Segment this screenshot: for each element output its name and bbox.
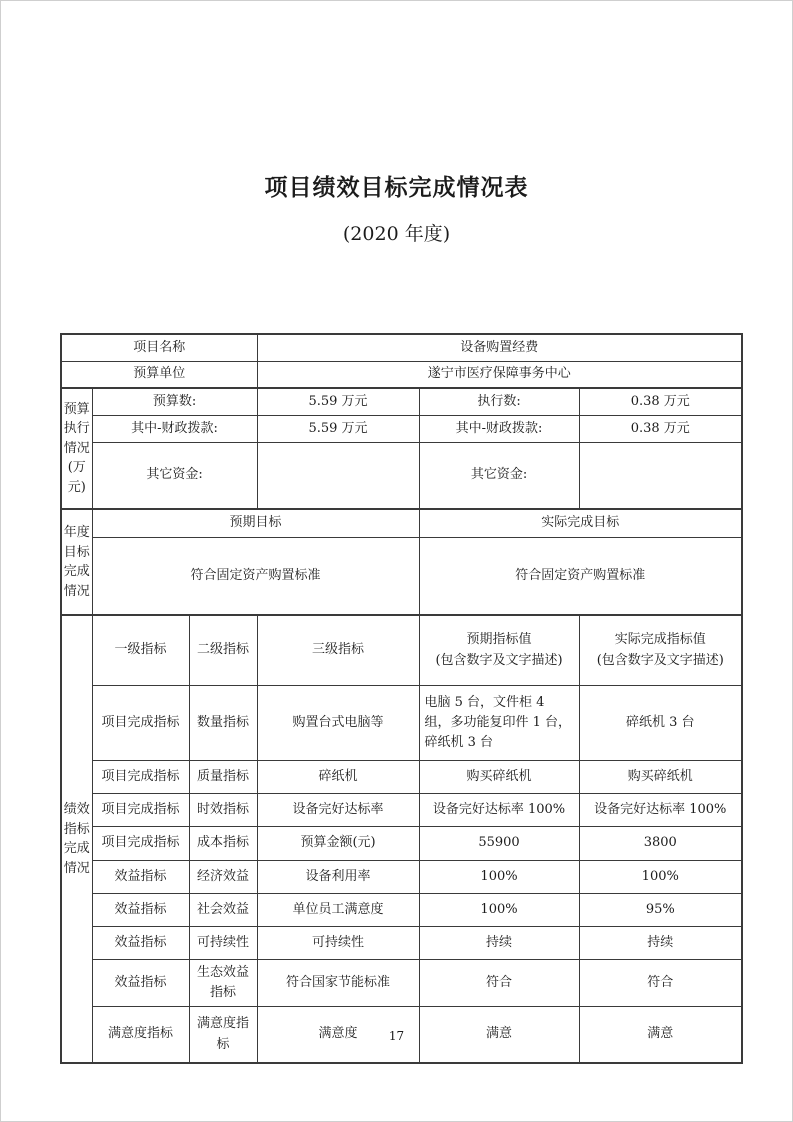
project-name-label: 项目名称 — [61, 334, 257, 362]
indicator-cell: 生态效益指标 — [189, 960, 257, 1007]
indicator-cell: 质量指标 — [189, 761, 257, 794]
indicator-header-level1: 一级指标 — [92, 615, 189, 686]
executed-amount-value: 0.38 万元 — [579, 388, 742, 416]
indicator-cell: 购置台式电脑等 — [257, 686, 419, 761]
table-row: 项目完成指标 成本指标 预算金额(元) 55900 3800 — [61, 827, 742, 861]
table-row: 项目完成指标 时效指标 设备完好达标率 设备完好达标率 100% 设备完好达标率… — [61, 794, 742, 827]
document-subtitle: (2020 年度) — [1, 219, 792, 246]
indicator-cell: 100% — [419, 894, 579, 927]
budget-unit-value: 遂宁市医疗保障事务中心 — [257, 362, 742, 389]
other-funds-value — [257, 443, 419, 510]
table-row: 预算 执行 情况 (万 元) 预算数: 5.59 万元 执行数: 0.38 万元 — [61, 388, 742, 416]
table-row: 效益指标 可持续性 可持续性 持续 持续 — [61, 927, 742, 960]
actual-target-header: 实际完成目标 — [419, 509, 742, 538]
indicator-section-side-label: 绩效 指标 完成 情况 — [61, 615, 92, 1063]
other-funds-label: 其它资金: — [92, 443, 257, 510]
table-row: 效益指标 社会效益 单位员工满意度 100% 95% — [61, 894, 742, 927]
other-funds-exec-value — [579, 443, 742, 510]
table-row: 预算单位 遂宁市医疗保障事务中心 — [61, 362, 742, 389]
budget-amount-value: 5.59 万元 — [257, 388, 419, 416]
indicator-cell: 效益指标 — [92, 861, 189, 894]
indicator-cell: 55900 — [419, 827, 579, 861]
indicator-cell: 持续 — [419, 927, 579, 960]
indicator-cell: 效益指标 — [92, 894, 189, 927]
indicator-cell: 项目完成指标 — [92, 686, 189, 761]
indicator-cell: 项目完成指标 — [92, 761, 189, 794]
budget-unit-label: 预算单位 — [61, 362, 257, 389]
executed-amount-label: 执行数: — [419, 388, 579, 416]
indicator-cell: 社会效益 — [189, 894, 257, 927]
table-row: 项目名称 设备购置经费 — [61, 334, 742, 362]
document-page: 项目绩效目标完成情况表 (2020 年度) 项目名称 设备购置经费 预算单位 遂… — [0, 0, 793, 1122]
table-row: 效益指标 生态效益指标 符合国家节能标准 符合 符合 — [61, 960, 742, 1007]
indicator-cell: 效益指标 — [92, 960, 189, 1007]
table-row: 绩效 指标 完成 情况 一级指标 二级指标 三级指标 预期指标值 (包含数字及文… — [61, 615, 742, 686]
table-row: 年度 目标 完成 情况 预期目标 实际完成目标 — [61, 509, 742, 538]
indicator-cell: 100% — [579, 861, 742, 894]
indicator-cell: 设备完好达标率 100% — [419, 794, 579, 827]
table-row: 项目完成指标 数量指标 购置台式电脑等 电脑 5 台，文件柜 4 组，多功能复印… — [61, 686, 742, 761]
indicator-cell: 设备完好达标率 100% — [579, 794, 742, 827]
indicator-cell: 碎纸机 — [257, 761, 419, 794]
indicator-cell: 符合国家节能标准 — [257, 960, 419, 1007]
table-row: 效益指标 经济效益 设备利用率 100% 100% — [61, 861, 742, 894]
indicator-cell: 单位员工满意度 — [257, 894, 419, 927]
expected-target-value: 符合固定资产购置标准 — [92, 538, 419, 616]
table-row: 项目完成指标 质量指标 碎纸机 购买碎纸机 购买碎纸机 — [61, 761, 742, 794]
indicator-cell: 项目完成指标 — [92, 827, 189, 861]
indicator-cell: 可持续性 — [189, 927, 257, 960]
indicator-cell: 购买碎纸机 — [579, 761, 742, 794]
document-title: 项目绩效目标完成情况表 — [1, 169, 792, 202]
indicator-cell: 购买碎纸机 — [419, 761, 579, 794]
table-row: 符合固定资产购置标准 符合固定资产购置标准 — [61, 538, 742, 616]
page-number: 17 — [1, 1029, 792, 1043]
performance-table: 项目名称 设备购置经费 预算单位 遂宁市医疗保障事务中心 预算 执行 情况 (万… — [60, 333, 743, 1064]
annual-section-side-label: 年度 目标 完成 情况 — [61, 509, 92, 615]
budget-section-side-label: 预算 执行 情况 (万 元) — [61, 388, 92, 509]
budget-amount-label: 预算数: — [92, 388, 257, 416]
indicator-cell: 设备利用率 — [257, 861, 419, 894]
indicator-header-level2: 二级指标 — [189, 615, 257, 686]
fiscal-allocation-label: 其中-财政拨款: — [92, 416, 257, 443]
indicator-cell: 符合 — [579, 960, 742, 1007]
indicator-cell: 成本指标 — [189, 827, 257, 861]
indicator-cell: 3800 — [579, 827, 742, 861]
indicator-cell: 碎纸机 3 台 — [579, 686, 742, 761]
indicator-cell: 持续 — [579, 927, 742, 960]
indicator-cell: 项目完成指标 — [92, 794, 189, 827]
fiscal-allocation-exec-value: 0.38 万元 — [579, 416, 742, 443]
actual-target-value: 符合固定资产购置标准 — [419, 538, 742, 616]
project-name-value: 设备购置经费 — [257, 334, 742, 362]
indicator-cell: 数量指标 — [189, 686, 257, 761]
indicator-header-expected: 预期指标值 (包含数字及文字描述) — [419, 615, 579, 686]
indicator-cell: 符合 — [419, 960, 579, 1007]
indicator-header-level3: 三级指标 — [257, 615, 419, 686]
indicator-cell: 设备完好达标率 — [257, 794, 419, 827]
indicator-header-actual: 实际完成指标值 (包含数字及文字描述) — [579, 615, 742, 686]
table-row: 其它资金: 其它资金: — [61, 443, 742, 510]
expected-target-header: 预期目标 — [92, 509, 419, 538]
indicator-cell: 时效指标 — [189, 794, 257, 827]
fiscal-allocation-value: 5.59 万元 — [257, 416, 419, 443]
indicator-cell: 电脑 5 台，文件柜 4 组，多功能复印件 1 台，碎纸机 3 台 — [419, 686, 579, 761]
indicator-cell: 100% — [419, 861, 579, 894]
other-funds-exec-label: 其它资金: — [419, 443, 579, 510]
indicator-cell: 95% — [579, 894, 742, 927]
table-row: 其中-财政拨款: 5.59 万元 其中-财政拨款: 0.38 万元 — [61, 416, 742, 443]
indicator-cell: 可持续性 — [257, 927, 419, 960]
fiscal-allocation-exec-label: 其中-财政拨款: — [419, 416, 579, 443]
indicator-cell: 效益指标 — [92, 927, 189, 960]
indicator-cell: 预算金额(元) — [257, 827, 419, 861]
indicator-cell: 经济效益 — [189, 861, 257, 894]
